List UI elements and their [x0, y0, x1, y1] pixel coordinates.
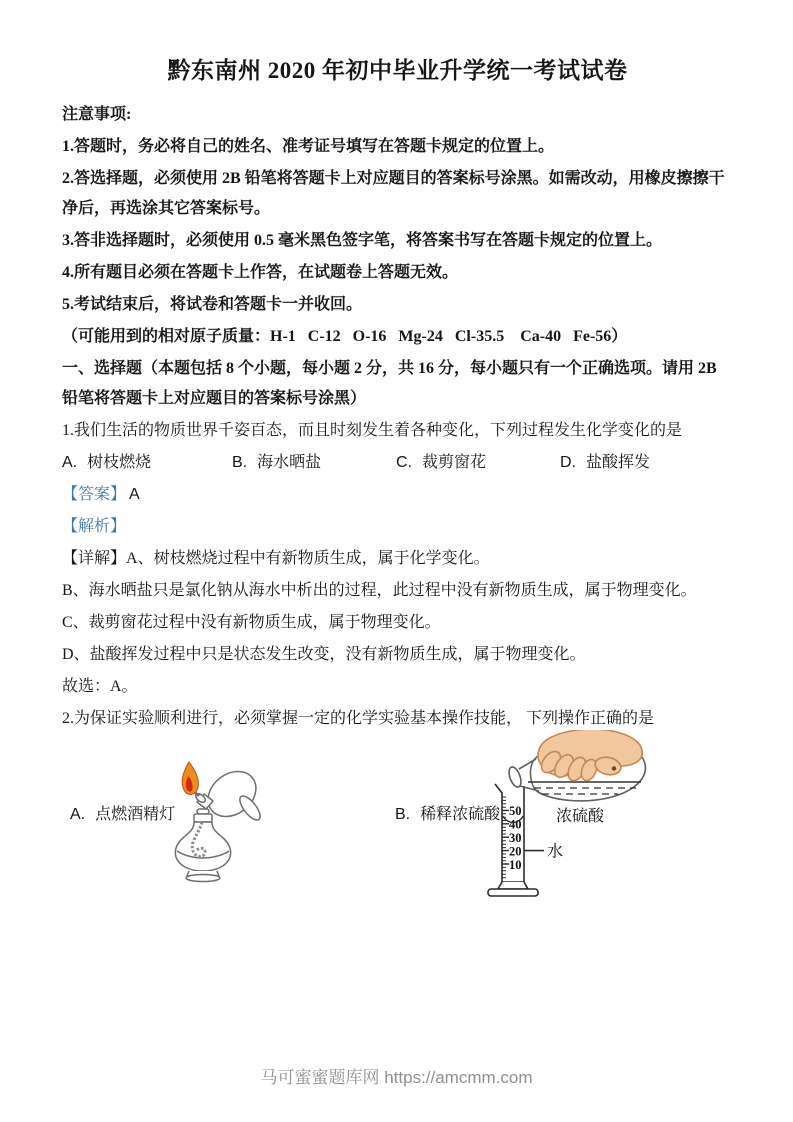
note-item-5: 5.考试结束后，将试卷和答题卡一并收回。	[62, 290, 733, 320]
note-item-4: 4.所有题目必须在答题卡上作答，在试题卷上答题无效。	[62, 258, 733, 288]
cylinder-foot	[498, 882, 528, 889]
document-body: 黔东南州 2020 年初中毕业升学统一考试试卷 注意事项: 1.答题时，务必将自…	[0, 0, 793, 928]
analysis-tag: 【解析】	[62, 518, 126, 535]
detail-line-b: B、海水晒盐只是氯化钠从海水中析出的过程，此过程中没有新物质生成，属于物理变化。	[62, 576, 733, 606]
answer-tag: 【答案】	[62, 486, 126, 503]
detail-line-c: C、裁剪窗花过程中没有新物质生成，属于物理变化。	[62, 608, 733, 638]
alcohol-lamp-figure	[156, 750, 268, 890]
section-heading: 一、选择题（本题包括 8 个小题，每小题 2 分，共 16 分，每小题只有一个正…	[62, 354, 733, 414]
exam-paper-page: 黔东南州 2020 年初中毕业升学统一考试试卷 注意事项: 1.答题时，务必将自…	[0, 0, 793, 1122]
scale-10: 10	[509, 858, 522, 872]
question-2-figures: A.点燃酒精灯	[62, 736, 733, 928]
option-a: A.树枝燃烧	[62, 448, 232, 478]
site-footer: 马可蜜蜜题库网 https://amcmm.com	[0, 1063, 793, 1088]
detail-line-d: D、盐酸挥发过程中只是状态发生改变，没有新物质生成，属于物理变化。	[62, 640, 733, 670]
option-b: B.海水晒盐	[232, 448, 396, 478]
notes-heading: 注意事项:	[62, 100, 733, 130]
answer-line: 【答案】A	[62, 480, 733, 510]
lamp-cap	[194, 814, 212, 822]
atomic-mass-line: （可能用到的相对原子质量：H-1 C-12 O-16 Mg-24 Cl-35.5…	[62, 322, 733, 352]
question-1-options: A.树枝燃烧 B.海水晒盐 C.裁剪窗花 D.盐酸挥发	[62, 448, 733, 478]
option-c: C.裁剪窗花	[396, 448, 560, 478]
note-item-3: 3.答非选择题时，必须使用 0.5 毫米黑色签字笔，将答案书写在答题卡规定的位置…	[62, 226, 733, 256]
scale-20: 20	[509, 845, 522, 859]
cylinder-major-ticks	[502, 810, 509, 864]
answer-value: A	[129, 486, 140, 503]
analysis-line: 【解析】	[62, 512, 733, 542]
bottle-label: 浓硫酸	[556, 807, 605, 825]
water-label: 水	[547, 843, 563, 861]
question-1-stem: 1.我们生活的物质世界千姿百态，而且时刻发生着各种变化，下列过程发生化学变化的是	[62, 416, 733, 446]
lamp-body	[175, 822, 230, 871]
detail-line-a: 【详解】A、树枝燃烧过程中有新物质生成，属于化学变化。	[62, 544, 733, 574]
detail-tag: 【详解】	[62, 550, 126, 567]
note-item-2: 2.答选择题，必须使用 2B 铅笔将答题卡上对应题目的答案标号涂黑。如需改动，用…	[62, 164, 733, 224]
cylinder-base	[488, 889, 538, 896]
thumb-nail	[612, 766, 616, 770]
lamp-foot	[186, 875, 220, 882]
bottle-mouth	[507, 765, 524, 788]
note-item-1: 1.答题时，务必将自己的姓名、准考证号填写在答题卡规定的位置上。	[62, 132, 733, 162]
scale-30: 30	[509, 831, 522, 845]
option-d: D.盐酸挥发	[560, 448, 733, 478]
page-title: 黔东南州 2020 年初中毕业升学统一考试试卷	[62, 54, 733, 88]
acid-dilution-figure: 50 40 30 20 10 水	[478, 730, 663, 916]
scale-50: 50	[509, 804, 522, 818]
conclusion-line: 故选：A。	[62, 672, 733, 702]
